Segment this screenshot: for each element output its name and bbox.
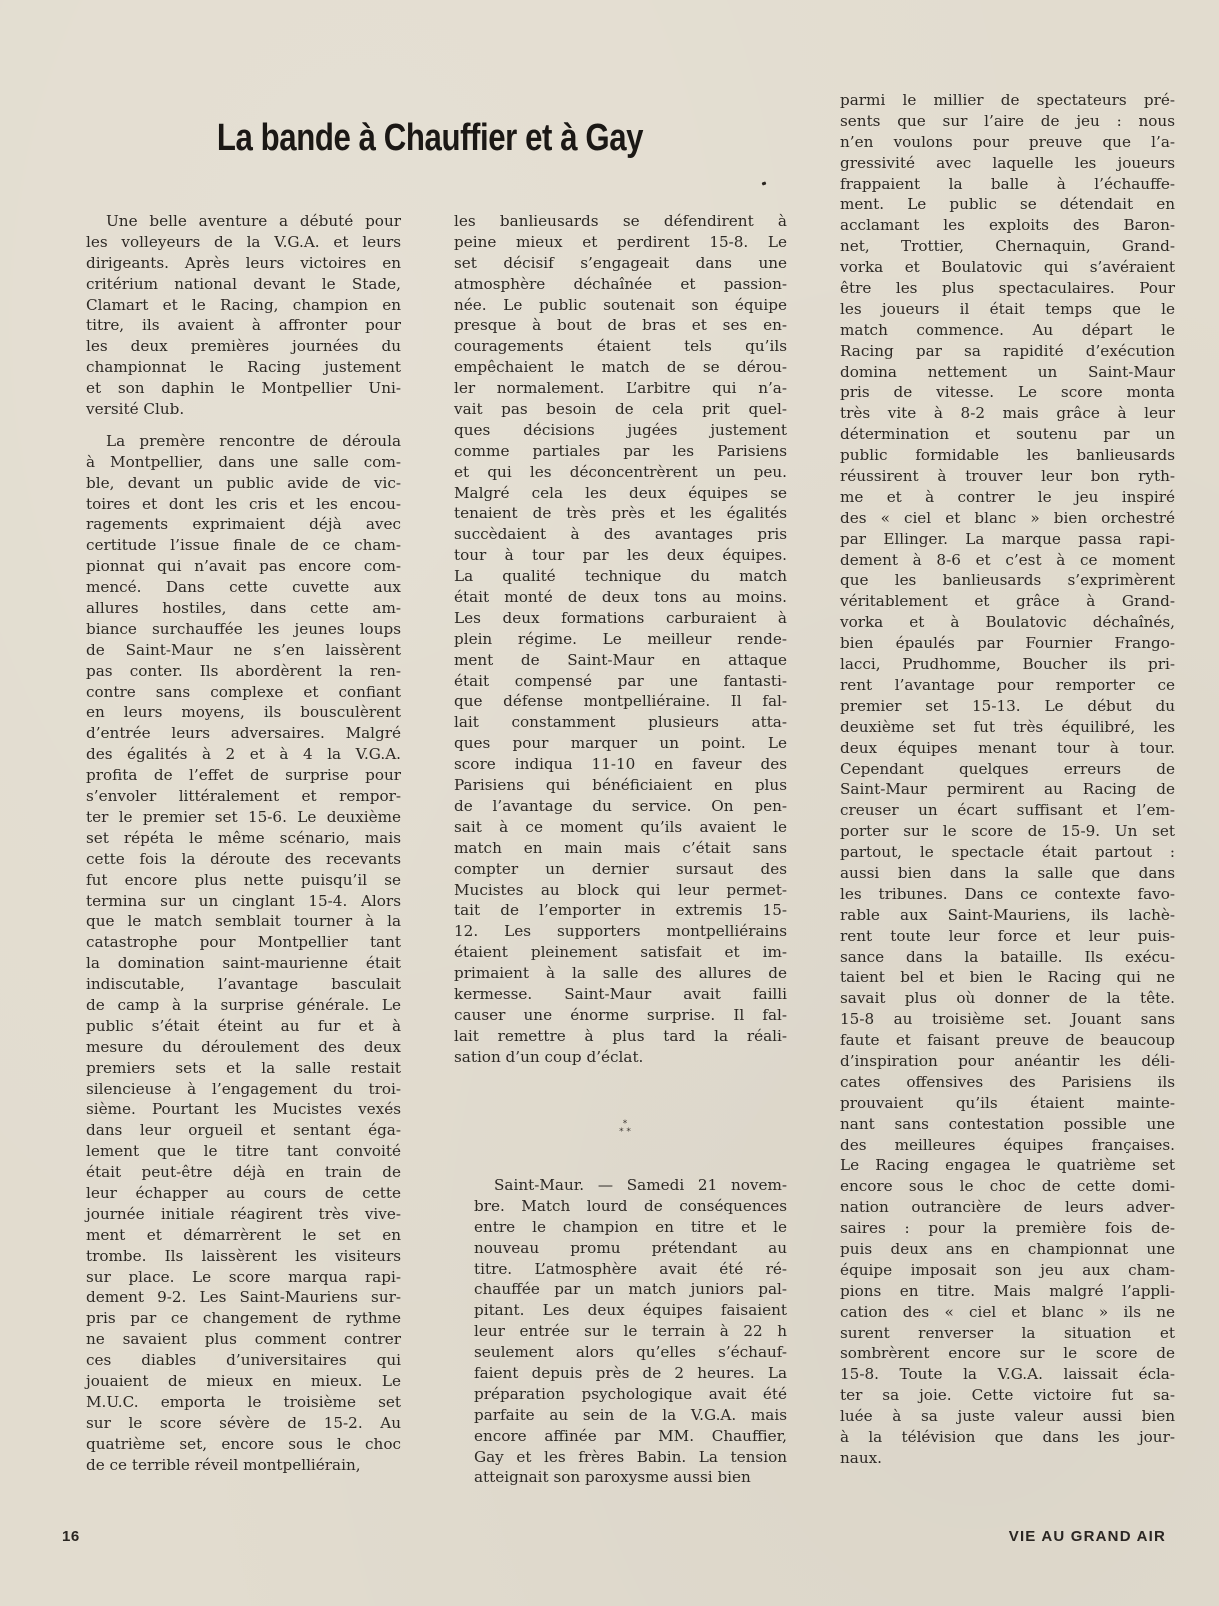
- page-number: 16: [62, 1528, 80, 1545]
- text-line: Gay et les frères Babin. La tension: [474, 1447, 787, 1468]
- text-line: ques décisions jugées justement: [454, 420, 787, 441]
- text-line: prouvaient qu’ils étaient mainte-: [840, 1093, 1175, 1114]
- text-line: de camp à la surprise générale. Le: [86, 995, 401, 1016]
- text-line: était compensé par une fantasti-: [454, 671, 787, 692]
- text-line: set décisif s’engageait dans une: [454, 253, 787, 274]
- text-line: porter sur le score de 15-9. Un set: [840, 821, 1175, 842]
- text-line: frappaient la balle à l’échauffe-: [840, 174, 1175, 195]
- text-line: leur entrée sur le terrain à 22 h: [474, 1321, 787, 1342]
- text-line: trombe. Ils laissèrent les visiteurs: [86, 1246, 401, 1267]
- text-line: pions en titre. Mais malgré l’appli-: [840, 1281, 1175, 1302]
- text-line: net, Trottier, Chernaquin, Grand-: [840, 236, 1175, 257]
- text-line: faient depuis près de 2 heures. La: [474, 1363, 787, 1384]
- text-line: ter le premier set 15-6. Le deuxième: [86, 807, 401, 828]
- text-line: et son daphin le Montpellier Uni-: [86, 378, 401, 399]
- text-line: match commence. Au départ le: [840, 320, 1175, 341]
- text-line: que défense montpelliéraine. Il fal-: [454, 691, 787, 712]
- text-line: rable aux Saint-Mauriens, ils lachè-: [840, 905, 1175, 926]
- text-line: certitude l’issue finale de ce cham-: [86, 535, 401, 556]
- text-line: que les banlieusards s’exprimèrent: [840, 570, 1175, 591]
- text-line: n’en voulons pour preuve que l’a-: [840, 132, 1175, 153]
- text-line: creuser un écart suffisant et l’em-: [840, 800, 1175, 821]
- text-line: ne savaient plus comment contrer: [86, 1329, 401, 1350]
- text-line: public s’était éteint au fur et à: [86, 1016, 401, 1037]
- text-line: biance surchauffée les jeunes loups: [86, 619, 401, 640]
- column-right: parmi le millier de spectateurs pré-sent…: [840, 90, 1175, 1469]
- text-line: deuxième set fut très équilibré, les: [840, 717, 1175, 738]
- text-line: Le Racing engagea le quatrième set: [840, 1155, 1175, 1176]
- text-line: nation outrancière de leurs adver-: [840, 1197, 1175, 1218]
- text-line: peine mieux et perdirent 15-8. Le: [454, 232, 787, 253]
- text-line: luée à sa juste valeur aussi bien: [840, 1406, 1175, 1427]
- text-line: en leurs moyens, ils bousculèrent: [86, 702, 401, 723]
- text-line: lait remettre à plus tard la réali-: [454, 1026, 787, 1047]
- text-line: M.U.C. emporta le troisième set: [86, 1392, 401, 1413]
- text-line: lait constamment plusieurs atta-: [454, 712, 787, 733]
- text-line: était monté de deux tons au moins.: [454, 587, 787, 608]
- text-line: cates offensives des Parisiens ils: [840, 1072, 1175, 1093]
- text-line: des égalités à 2 et à 4 la V.G.A.: [86, 744, 401, 765]
- text-line: saires : pour la première fois de-: [840, 1218, 1175, 1239]
- text-line: entre le champion en titre et le: [474, 1217, 787, 1238]
- text-line: cation des « ciel et blanc » ils ne: [840, 1302, 1175, 1323]
- text-line: les joueurs il était temps que le: [840, 299, 1175, 320]
- text-line: deux équipes menant tour à tour.: [840, 738, 1175, 759]
- text-line: seulement alors qu’elles s’échauf-: [474, 1342, 787, 1363]
- text-line: Cependant quelques erreurs de: [840, 759, 1175, 780]
- text-line: ment de Saint-Maur en attaque: [454, 650, 787, 671]
- text-line: était peut-être déjà en train de: [86, 1162, 401, 1183]
- text-line: atteignait son paroxysme aussi bien: [474, 1467, 787, 1488]
- text-line: vorka et Boulatovic qui s’avéraient: [840, 257, 1175, 278]
- text-line: 15-8 au troisième set. Jouant sans: [840, 1009, 1175, 1030]
- text-line: public formidable les banlieusards: [840, 445, 1175, 466]
- text-line: ble, devant un public avide de vic-: [86, 473, 401, 494]
- text-line: me et à contrer le jeu inspiré: [840, 487, 1175, 508]
- text-line: set répéta le même scénario, mais: [86, 828, 401, 849]
- text-line: à Montpellier, dans une salle com-: [86, 452, 401, 473]
- text-line: parfaite au sein de la V.G.A. mais: [474, 1405, 787, 1426]
- text-line: nouveau promu prétendant au: [474, 1238, 787, 1259]
- text-line: parmi le millier de spectateurs pré-: [840, 90, 1175, 111]
- text-line: termina sur un cinglant 15-4. Alors: [86, 891, 401, 912]
- text-line: préparation psychologique avait été: [474, 1384, 787, 1405]
- text-line: détermination et soutenu par un: [840, 424, 1175, 445]
- article-title: La bande à Chauffier et à Gay: [200, 117, 659, 160]
- text-line: pas conter. Ils abordèrent la ren-: [86, 661, 401, 682]
- text-line: nant sans contestation possible une: [840, 1114, 1175, 1135]
- text-line: contre sans complexe et confiant: [86, 682, 401, 703]
- text-line: Malgré cela les deux équipes se: [454, 483, 787, 504]
- text-line: puis deux ans en championnat une: [840, 1239, 1175, 1260]
- text-line: savait plus où donner de la tête.: [840, 988, 1175, 1009]
- text-line: Une belle aventure a débuté pour: [86, 211, 401, 232]
- text-line: cette fois la déroute des recevants: [86, 849, 401, 870]
- text-line: surent renverser la situation et: [840, 1323, 1175, 1344]
- text-line: bien épaulés par Fournier Frango-: [840, 633, 1175, 654]
- text-line: 15-8. Toute la V.G.A. laissait écla-: [840, 1364, 1175, 1385]
- text-line: être les plus spectaculaires. Pour: [840, 278, 1175, 299]
- text-line: 12. Les supporters montpelliérains: [454, 921, 787, 942]
- text-line: pris de vitesse. Le score monta: [840, 382, 1175, 403]
- text-line: les deux premières journées du: [86, 336, 401, 357]
- text-line: plein régime. Le meilleur rende-: [454, 629, 787, 650]
- column-middle: les banlieusards se défendirent àpeine m…: [454, 211, 787, 1068]
- text-line: La qualité technique du match: [454, 566, 787, 587]
- text-line: ler normalement. L’arbitre qui n’a-: [454, 378, 787, 399]
- magazine-page: La bande à Chauffier et à Gay Une belle …: [0, 0, 1219, 1606]
- text-line: à la télévision que dans les jour-: [840, 1427, 1175, 1448]
- text-line: sance dans la bataille. Ils exécu-: [840, 947, 1175, 968]
- text-line: taient bel et bien le Racing qui ne: [840, 967, 1175, 988]
- text-line: acclamant les exploits des Baron-: [840, 215, 1175, 236]
- text-line: rent toute leur force et leur puis-: [840, 926, 1175, 947]
- text-line: dement à 8-6 et c’est à ce moment: [840, 550, 1175, 571]
- text-line: dans leur orgueil et sentant éga-: [86, 1120, 401, 1141]
- text-line: leur échapper au cours de cette: [86, 1183, 401, 1204]
- publication-name: VIE AU GRAND AIR: [1009, 1528, 1166, 1545]
- text-line: partout, le spectacle était partout :: [840, 842, 1175, 863]
- text-line: de ce terrible réveil montpelliérain,: [86, 1455, 401, 1476]
- text-line: primaient à la salle des allures de: [454, 963, 787, 984]
- text-line: catastrophe pour Montpellier tant: [86, 932, 401, 953]
- text-line: championnat le Racing justement: [86, 357, 401, 378]
- text-line: compter un dernier sursaut des: [454, 859, 787, 880]
- text-line: profita de l’effet de surprise pour: [86, 765, 401, 786]
- text-line: encore affinée par MM. Chauffier,: [474, 1426, 787, 1447]
- text-line: et qui les déconcentrèrent un peu.: [454, 462, 787, 483]
- text-line: sait à ce moment qu’ils avaient le: [454, 817, 787, 838]
- text-line: la domination saint-maurienne était: [86, 953, 401, 974]
- text-line: indiscutable, l’avantage basculait: [86, 974, 401, 995]
- section-separator-asterism: * * *: [610, 1120, 640, 1144]
- text-line: vait pas besoin de cela prit quel-: [454, 399, 787, 420]
- text-line: mesure du déroulement des deux: [86, 1037, 401, 1058]
- text-line: jouaient de mieux en mieux. Le: [86, 1371, 401, 1392]
- text-line: premiers sets et la salle restait: [86, 1058, 401, 1079]
- text-line: Saint-Maur permirent au Racing de: [840, 779, 1175, 800]
- text-line: dirigeants. Après leurs victoires en: [86, 253, 401, 274]
- text-line: lement que le titre tant convoité: [86, 1141, 401, 1162]
- text-line: silencieuse à l’engagement du troi-: [86, 1079, 401, 1100]
- paragraph-gap: [86, 420, 401, 431]
- text-line: allures hostiles, dans cette am-: [86, 598, 401, 619]
- text-line: toires et dont les cris et les encou-: [86, 494, 401, 515]
- text-line: vorka et à Boulatovic déchaînés,: [840, 612, 1175, 633]
- print-speck: [762, 181, 767, 185]
- text-line: Mucistes au block qui leur permet-: [454, 880, 787, 901]
- text-line: aussi bien dans la salle que dans: [840, 863, 1175, 884]
- text-line: les banlieusards se défendirent à: [454, 211, 787, 232]
- text-line: Les deux formations carburaient à: [454, 608, 787, 629]
- text-line: ques pour marquer un point. Le: [454, 733, 787, 754]
- text-line: ces diables d’universitaires qui: [86, 1350, 401, 1371]
- text-line: pionnat qui n’avait pas encore com-: [86, 556, 401, 577]
- text-line: que le match semblait tourner à la: [86, 911, 401, 932]
- text-line: sur place. Le score marqua rapi-: [86, 1267, 401, 1288]
- text-line: de Saint-Maur ne s’en laissèrent: [86, 640, 401, 661]
- text-line: atmosphère déchaînée et passion-: [454, 274, 787, 295]
- text-line: La premère rencontre de déroula: [86, 431, 401, 452]
- text-line: bre. Match lourd de conséquences: [474, 1196, 787, 1217]
- text-line: des « ciel et blanc » bien orchestré: [840, 508, 1175, 529]
- text-line: premier set 15-13. Le début du: [840, 696, 1175, 717]
- text-line: ment. Le public se détendait en: [840, 194, 1175, 215]
- text-line: tenaient de très près et les égalités: [454, 503, 787, 524]
- column-left: Une belle aventure a débuté pourles voll…: [86, 211, 401, 1475]
- text-line: sombrèrent encore sur le score de: [840, 1343, 1175, 1364]
- text-line: naux.: [840, 1448, 1175, 1469]
- text-line: les tribunes. Dans ce contexte favo-: [840, 884, 1175, 905]
- text-line: Saint-Maur. — Samedi 21 novem-: [474, 1175, 787, 1196]
- text-line: tour à tour par les deux équipes.: [454, 545, 787, 566]
- text-line: versité Club.: [86, 399, 401, 420]
- text-line: journée initiale réagirent très vive-: [86, 1204, 401, 1225]
- text-line: presque à bout de bras et ses en-: [454, 315, 787, 336]
- text-line: réussirent à trouver leur bon ryth-: [840, 466, 1175, 487]
- text-line: gressivité avec laquelle les joueurs: [840, 153, 1175, 174]
- text-line: d’entrée leurs adversaires. Malgré: [86, 723, 401, 744]
- text-line: lacci, Prudhomme, Boucher ils pri-: [840, 654, 1175, 675]
- text-line: encore sous le choc de cette domi-: [840, 1176, 1175, 1197]
- text-line: pris par ce changement de rythme: [86, 1308, 401, 1329]
- text-line: sents que sur l’aire de jeu : nous: [840, 111, 1175, 132]
- text-line: véritablement et grâce à Grand-: [840, 591, 1175, 612]
- text-line: Clamart et le Racing, champion en: [86, 295, 401, 316]
- text-line: causer une énorme surprise. Il fal-: [454, 1005, 787, 1026]
- column-middle-continued: Saint-Maur. — Samedi 21 novem-bre. Match…: [474, 1175, 787, 1488]
- text-line: sur le score sévère de 15-2. Au: [86, 1413, 401, 1434]
- text-line: ragements exprimaient déjà avec: [86, 514, 401, 535]
- text-line: score indiqua 11-10 en faveur des: [454, 754, 787, 775]
- text-line: kermesse. Saint-Maur avait failli: [454, 984, 787, 1005]
- text-line: match en main mais c’était sans: [454, 838, 787, 859]
- text-line: critérium national devant le Stade,: [86, 274, 401, 295]
- text-line: étaient pleinement satisfait et im-: [454, 942, 787, 963]
- text-line: titre. L’atmosphère avait été ré-: [474, 1259, 787, 1280]
- text-line: sième. Pourtant les Mucistes vexés: [86, 1099, 401, 1120]
- text-line: équipe imposait son jeu aux cham-: [840, 1260, 1175, 1281]
- text-line: fut encore plus nette puisqu’il se: [86, 870, 401, 891]
- text-line: d’inspiration pour anéantir les déli-: [840, 1051, 1175, 1072]
- text-line: dement 9-2. Les Saint-Mauriens sur-: [86, 1287, 401, 1308]
- text-line: comme partiales par les Parisiens: [454, 441, 787, 462]
- text-line: titre, ils avaient à affronter pour: [86, 315, 401, 336]
- text-line: domina nettement un Saint-Maur: [840, 362, 1175, 383]
- text-line: mencé. Dans cette cuvette aux: [86, 577, 401, 598]
- text-line: pitant. Les deux équipes faisaient: [474, 1300, 787, 1321]
- asterism-bottom-stars: * *: [610, 1128, 640, 1136]
- text-line: Parisiens qui bénéficiaient en plus: [454, 775, 787, 796]
- text-line: succèdaient à des avantages pris: [454, 524, 787, 545]
- text-line: empêchaient le match de se dérou-: [454, 357, 787, 378]
- text-line: des meilleures équipes françaises.: [840, 1135, 1175, 1156]
- text-line: faute et faisant preuve de beaucoup: [840, 1030, 1175, 1051]
- text-line: Racing par sa rapidité d’exécution: [840, 341, 1175, 362]
- text-line: s’envoler littéralement et rempor-: [86, 786, 401, 807]
- text-line: ment et démarrèrent le set en: [86, 1225, 401, 1246]
- text-line: de l’avantage du service. On pen-: [454, 796, 787, 817]
- text-line: quatrième set, encore sous le choc: [86, 1434, 401, 1455]
- text-line: née. Le public soutenait son équipe: [454, 295, 787, 316]
- text-line: couragements étaient tels qu’ils: [454, 336, 787, 357]
- text-line: chauffée par un match juniors pal-: [474, 1279, 787, 1300]
- text-line: rent l’avantage pour remporter ce: [840, 675, 1175, 696]
- text-line: par Ellinger. La marque passa rapi-: [840, 529, 1175, 550]
- text-line: sation d’un coup d’éclat.: [454, 1047, 787, 1068]
- text-line: très vite à 8-2 mais grâce à leur: [840, 403, 1175, 424]
- text-line: tait de l’emporter in extremis 15-: [454, 900, 787, 921]
- text-line: ter sa joie. Cette victoire fut sa-: [840, 1385, 1175, 1406]
- text-line: les volleyeurs de la V.G.A. et leurs: [86, 232, 401, 253]
